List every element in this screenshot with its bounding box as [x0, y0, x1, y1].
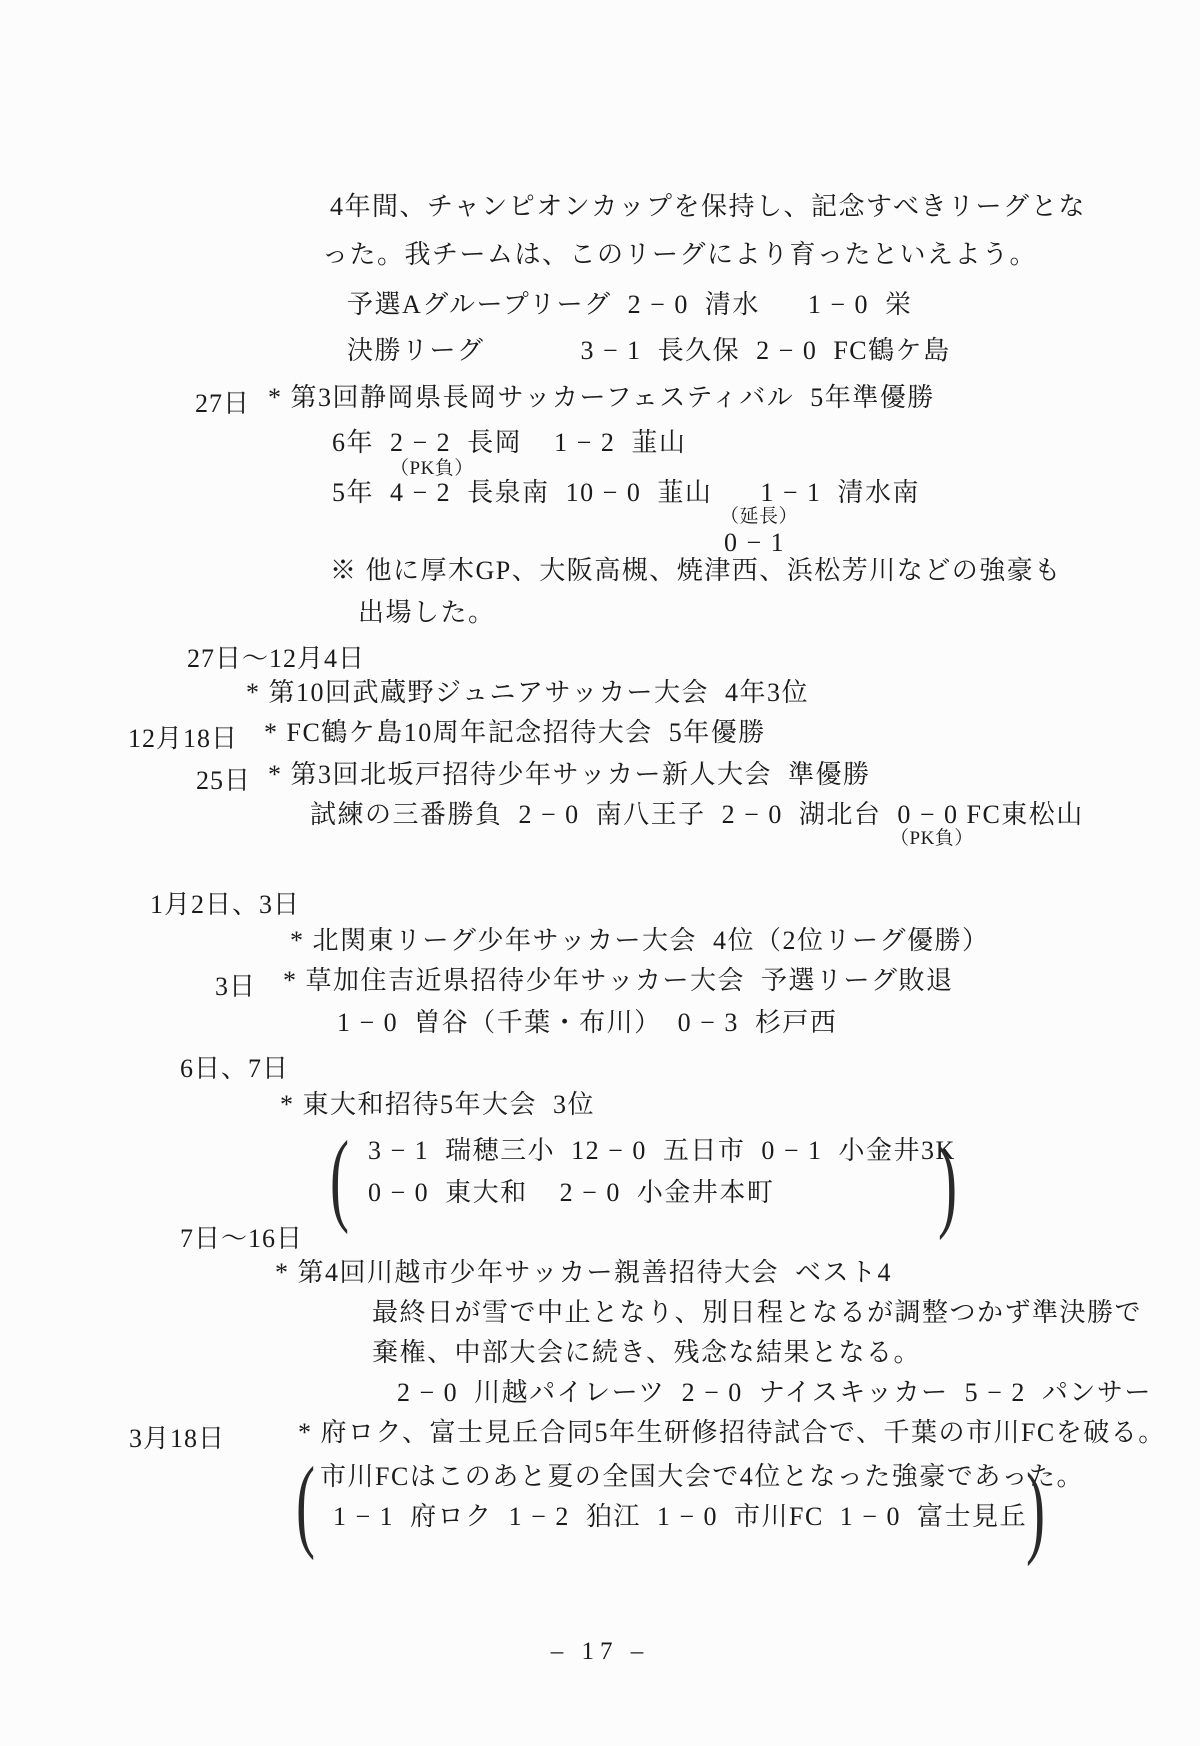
score-note: （PK負） — [390, 458, 474, 480]
big-paren-close: ) — [1026, 1458, 1045, 1562]
date-label: 3月18日 — [129, 1418, 225, 1455]
score-line: 5年 4 − 2 長泉南 10 − 0 韮山 1 − 1 清水南 — [332, 478, 920, 508]
date-label: 6日、7日 — [180, 1048, 289, 1085]
event-title: * 草加住吉近県招待少年サッカー大会 予選リーグ敗退 — [283, 966, 953, 996]
score-line: 試練の三番勝負 2 − 0 南八王子 2 − 0 湖北台 0 − 0 FC東松山 — [310, 800, 1084, 830]
event-title: * 第3回静岡県長岡サッカーフェスティバル 5年準優勝 — [268, 383, 935, 413]
date-label: 12月18日 — [128, 718, 238, 755]
event-title: * 府ロク、富士見丘合同5年生研修招待試合で、千葉の市川FCを破る。 — [298, 1418, 1166, 1448]
big-paren-open: ( — [330, 1126, 349, 1230]
score-line: 予選Aグループリーグ 2 − 0 清水 1 − 0 栄 — [347, 290, 912, 320]
date-label: 3日 — [215, 966, 256, 1003]
score-line: 3 − 1 瑞穂三小 12 − 0 五日市 0 − 1 小金井3K — [368, 1136, 956, 1166]
paragraph-line: 4年間、チャンピオンカップを保持し、記念すべきリーグとな — [330, 192, 1086, 222]
date-label: 25日 — [196, 760, 251, 797]
note-line: 出場した。 — [358, 598, 496, 628]
score-line: 6年 2 − 2 長岡 1 − 2 韮山 — [332, 428, 686, 458]
date-label: 27日～12月4日 — [187, 638, 365, 675]
score-line: 1 − 0 曽谷（千葉・布川） 0 − 3 杉戸西 — [337, 1008, 837, 1038]
document-page: 4年間、チャンピオンカップを保持し、記念すべきリーグとな った。我チームは、この… — [0, 0, 1200, 1746]
event-title: * 第4回川越市少年サッカー親善招待大会 ベスト4 — [275, 1258, 892, 1288]
big-paren-open: ( — [296, 1452, 315, 1556]
score-line: 0 − 1 — [724, 528, 785, 558]
score-note: （PK負） — [890, 828, 974, 850]
note-line: 最終日が雪で中止となり、別日程となるが調整つかず準決勝で — [372, 1298, 1142, 1328]
score-line: 決勝リーグ 3 − 1 長久保 2 − 0 FC鶴ケ島 — [347, 336, 951, 366]
event-title: * FC鶴ケ島10周年記念招待大会 5年優勝 — [264, 718, 766, 748]
score-note: （延長） — [720, 506, 798, 528]
score-line: 0 − 0 東大和 2 − 0 小金井本町 — [368, 1178, 774, 1208]
date-label: 1月2日、3日 — [150, 884, 300, 921]
event-title: * 東大和招待5年大会 3位 — [280, 1090, 595, 1120]
note-line: ※ 他に厚木GP、大阪高槻、焼津西、浜松芳川などの強豪も — [330, 556, 1062, 586]
paragraph-line: った。我チームは、このリーグにより育ったといえよう。 — [322, 240, 1037, 270]
event-title: * 北関東リーグ少年サッカー大会 4位（2位リーグ優勝） — [290, 926, 989, 956]
event-title: * 第10回武蔵野ジュニアサッカー大会 4年3位 — [246, 678, 809, 708]
note-line: 市川FCはこのあと夏の全国大会で4位となった強豪であった。 — [320, 1462, 1084, 1492]
date-label: 27日 — [195, 383, 250, 420]
event-title: * 第3回北坂戸招待少年サッカー新人大会 準優勝 — [268, 760, 870, 790]
big-paren-close: ) — [938, 1132, 957, 1236]
page-number: – 17 – — [0, 1638, 1200, 1666]
score-line: 2 − 0 川越パイレーツ 2 − 0 ナイスキッカー 5 − 2 パンサー — [397, 1378, 1152, 1408]
note-line: 棄権、中部大会に続き、残念な結果となる。 — [372, 1338, 921, 1368]
date-label: 7日～16日 — [180, 1218, 303, 1255]
score-line: 1 − 1 府ロク 1 − 2 狛江 1 − 0 市川FC 1 − 0 富士見丘 — [333, 1502, 1027, 1532]
